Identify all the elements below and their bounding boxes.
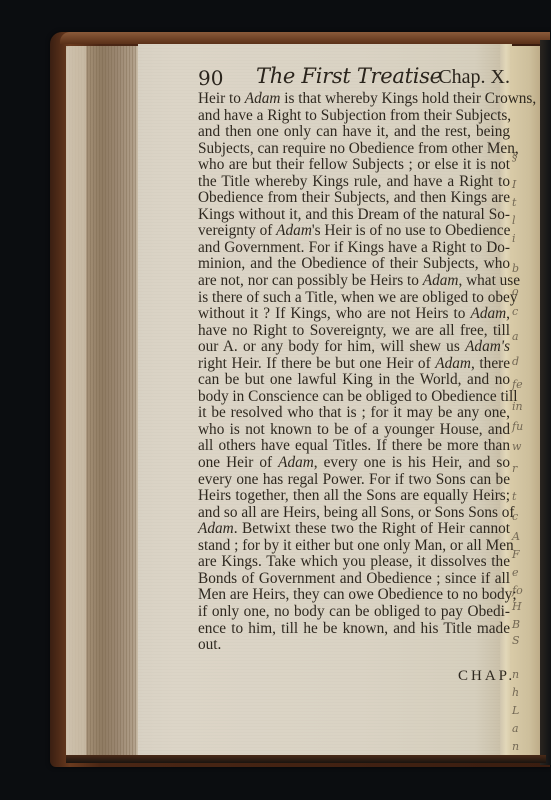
facing-page-text-fragment: w	[512, 440, 521, 453]
text-run: Obedience from their Subjects, and then …	[198, 189, 510, 206]
facing-page-text-fragment: B	[512, 618, 520, 631]
page-number: 90	[198, 66, 223, 90]
text-run: out.	[198, 636, 221, 653]
text-run: who is not known to be of a younger Hous…	[198, 421, 510, 438]
text-run: can be but one lawful King in the World,…	[198, 371, 510, 388]
text-line: Kings without it, and this Dream of the …	[198, 207, 510, 224]
text-line: and so all are Heirs, being all Sons, or…	[198, 505, 510, 522]
text-run: Kings without it, and this Dream of the …	[198, 206, 510, 223]
italic-name: Adam	[198, 520, 234, 537]
text-run: have no Right to Sovereignty, we are all…	[198, 322, 510, 339]
text-run: and have a Right to Subjection from thei…	[198, 107, 511, 124]
facing-page-text-fragment: a	[512, 722, 519, 735]
text-run: Subjects, can require no Obedience from …	[198, 140, 519, 157]
text-run: ,	[506, 305, 510, 322]
text-run: ence to him, till he be known, and his T…	[198, 620, 510, 637]
text-run: one Heir of	[198, 454, 278, 471]
text-line: one Heir of Adam, every one is his Heir,…	[198, 455, 510, 472]
running-title: The First Treatise	[256, 64, 442, 88]
text-run: , what use	[458, 272, 520, 289]
italic-name: Adam	[470, 305, 506, 322]
text-run: 's Heir is of no use to Obedience	[312, 222, 511, 239]
facing-page-text-fragment: c	[512, 305, 518, 318]
facing-page-text-fragment: t	[512, 196, 516, 209]
text-run: . Betwixt these two the Right of Heir ca…	[234, 520, 510, 537]
text-run: minion, and the Obedience of their Subje…	[198, 255, 510, 272]
italic-name: Adam	[278, 454, 314, 471]
text-line: the Title whereby Kings rule, and have a…	[198, 174, 510, 191]
body-text: Heir to Adam is that whereby Kings hold …	[198, 91, 510, 654]
italic-name: Adam	[435, 355, 471, 372]
text-run: is that whereby Kings hold their Crowns,	[280, 90, 536, 107]
text-line: it be resolved who that is ; for it may …	[198, 405, 510, 422]
text-run: Bonds of Government and Obedience ; sinc…	[198, 570, 510, 587]
text-line: all others have equal Titles. If there b…	[198, 438, 510, 455]
facing-page-text-fragment: n	[512, 740, 519, 753]
text-line: who is not known to be of a younger Hous…	[198, 422, 510, 439]
facing-page-text-fragment: l	[512, 214, 516, 227]
text-run: Men are Heirs, they can owe Obedience to…	[198, 586, 517, 603]
cover-top-edge	[60, 32, 550, 44]
text-run: all others have equal Titles. If there b…	[198, 437, 510, 454]
text-run: without it ? If Kings, who are not Heirs…	[198, 305, 470, 322]
text-line: without it ? If Kings, who are not Heirs…	[198, 306, 510, 323]
text-line: if only one, no body can be obliged to p…	[198, 604, 510, 621]
page-stack-outer-leaves	[66, 46, 86, 758]
facing-page-text-fragment: t	[512, 490, 516, 503]
running-head: 90 The First Treatise Chap. X.	[198, 64, 510, 90]
text-line: and then one only can have it, and the r…	[198, 124, 510, 141]
text-line: are not, nor can possibly be Heirs to Ad…	[198, 273, 510, 290]
text-line: stand ; for by it either but one only Ma…	[198, 538, 510, 555]
text-line: vereignty of Adam's Heir is of no use to…	[198, 223, 510, 240]
facing-page-text-fragment: i	[512, 232, 516, 245]
facing-page-text-fragment: e	[512, 566, 519, 579]
facing-page-text-fragment: L	[512, 704, 519, 717]
facing-page-text-fragment: fu	[512, 420, 523, 433]
text-line: can be but one lawful King in the World,…	[198, 372, 510, 389]
text-line: Subjects, can require no Obedience from …	[198, 141, 510, 158]
photo-background: §ItlibocadfeinfuwrtcAFefoHBSnhLanfone 90…	[0, 0, 551, 800]
text-line: right Heir. If there be but one Heir of …	[198, 356, 510, 373]
text-line: every one has regal Power. For if two So…	[198, 472, 510, 489]
text-run: if only one, no body can be obliged to p…	[198, 603, 510, 620]
text-run: and so all are Heirs, being all Sons, or…	[198, 504, 515, 521]
text-run: our A. or any body for him, will shew us	[198, 338, 465, 355]
text-run: Heir to	[198, 90, 245, 107]
text-run: who are but their fellow Subjects ; or e…	[198, 156, 510, 173]
text-run: is there of such a Title, when we are ob…	[198, 289, 517, 306]
text-run: stand ; for by it either but one only Ma…	[198, 537, 514, 554]
text-run: , there	[471, 355, 510, 372]
catchword: CHAP.	[458, 668, 515, 685]
text-run: every one has regal Power. For if two So…	[198, 471, 510, 488]
facing-page-text-fragment: h	[512, 686, 519, 699]
facing-page-shadow	[540, 40, 551, 765]
chapter-label: Chap. X.	[438, 66, 510, 89]
text-run: , every one is his Heir, and so	[314, 454, 510, 471]
text-line: out.	[198, 637, 510, 654]
text-run: and then one only can have it, and the r…	[198, 123, 510, 140]
text-line: are Kings. Take which you please, it dis…	[198, 554, 510, 571]
facing-page-text-fragment: r	[512, 462, 517, 475]
text-run: the Title whereby Kings rule, and have a…	[198, 173, 510, 190]
text-run: are Kings. Take which you please, it dis…	[198, 553, 510, 570]
text-line: Men are Heirs, they can owe Obedience to…	[198, 587, 510, 604]
text-line: have no Right to Sovereignty, we are all…	[198, 323, 510, 340]
text-run: body in Conscience can be obliged to Obe…	[198, 388, 517, 405]
italic-name: Adam	[423, 272, 459, 289]
italic-name: Adam's	[465, 338, 510, 355]
cover-bottom-edge	[66, 755, 546, 763]
text-line: body in Conscience can be obliged to Obe…	[198, 389, 510, 406]
text-line: ence to him, till he be known, and his T…	[198, 621, 510, 638]
text-run: and Government. For if Kings have a Righ…	[198, 239, 510, 256]
facing-page-text-fragment: S	[512, 634, 520, 647]
text-line: Heir to Adam is that whereby Kings hold …	[198, 91, 510, 108]
text-run: right Heir. If there be but one Heir of	[198, 355, 435, 372]
italic-name: Adam	[245, 90, 281, 107]
facing-page-text-fragment: d	[512, 355, 519, 368]
text-line: Adam. Betwixt these two the Right of Hei…	[198, 521, 510, 538]
text-line: Obedience from their Subjects, and then …	[198, 190, 510, 207]
text-line: who are but their fellow Subjects ; or e…	[198, 157, 510, 174]
text-line: is there of such a Title, when we are ob…	[198, 290, 510, 307]
text-line: and Government. For if Kings have a Righ…	[198, 240, 510, 257]
italic-name: Adam	[276, 222, 312, 239]
text-line: Heirs together, then all the Sons are eq…	[198, 488, 510, 505]
facing-page-text-fragment: I	[512, 178, 516, 191]
text-run: vereignty of	[198, 222, 276, 239]
text-line: our A. or any body for him, will shew us…	[198, 339, 510, 356]
text-line: and have a Right to Subjection from thei…	[198, 108, 510, 125]
text-line: Bonds of Government and Obedience ; sinc…	[198, 571, 510, 588]
text-run: Heirs together, then all the Sons are eq…	[198, 487, 510, 504]
text-line: minion, and the Obedience of their Subje…	[198, 256, 510, 273]
text-run: it be resolved who that is ; for it may …	[198, 404, 510, 421]
facing-page-text-fragment: a	[512, 330, 519, 343]
text-run: are not, nor can possibly be Heirs to	[198, 272, 423, 289]
